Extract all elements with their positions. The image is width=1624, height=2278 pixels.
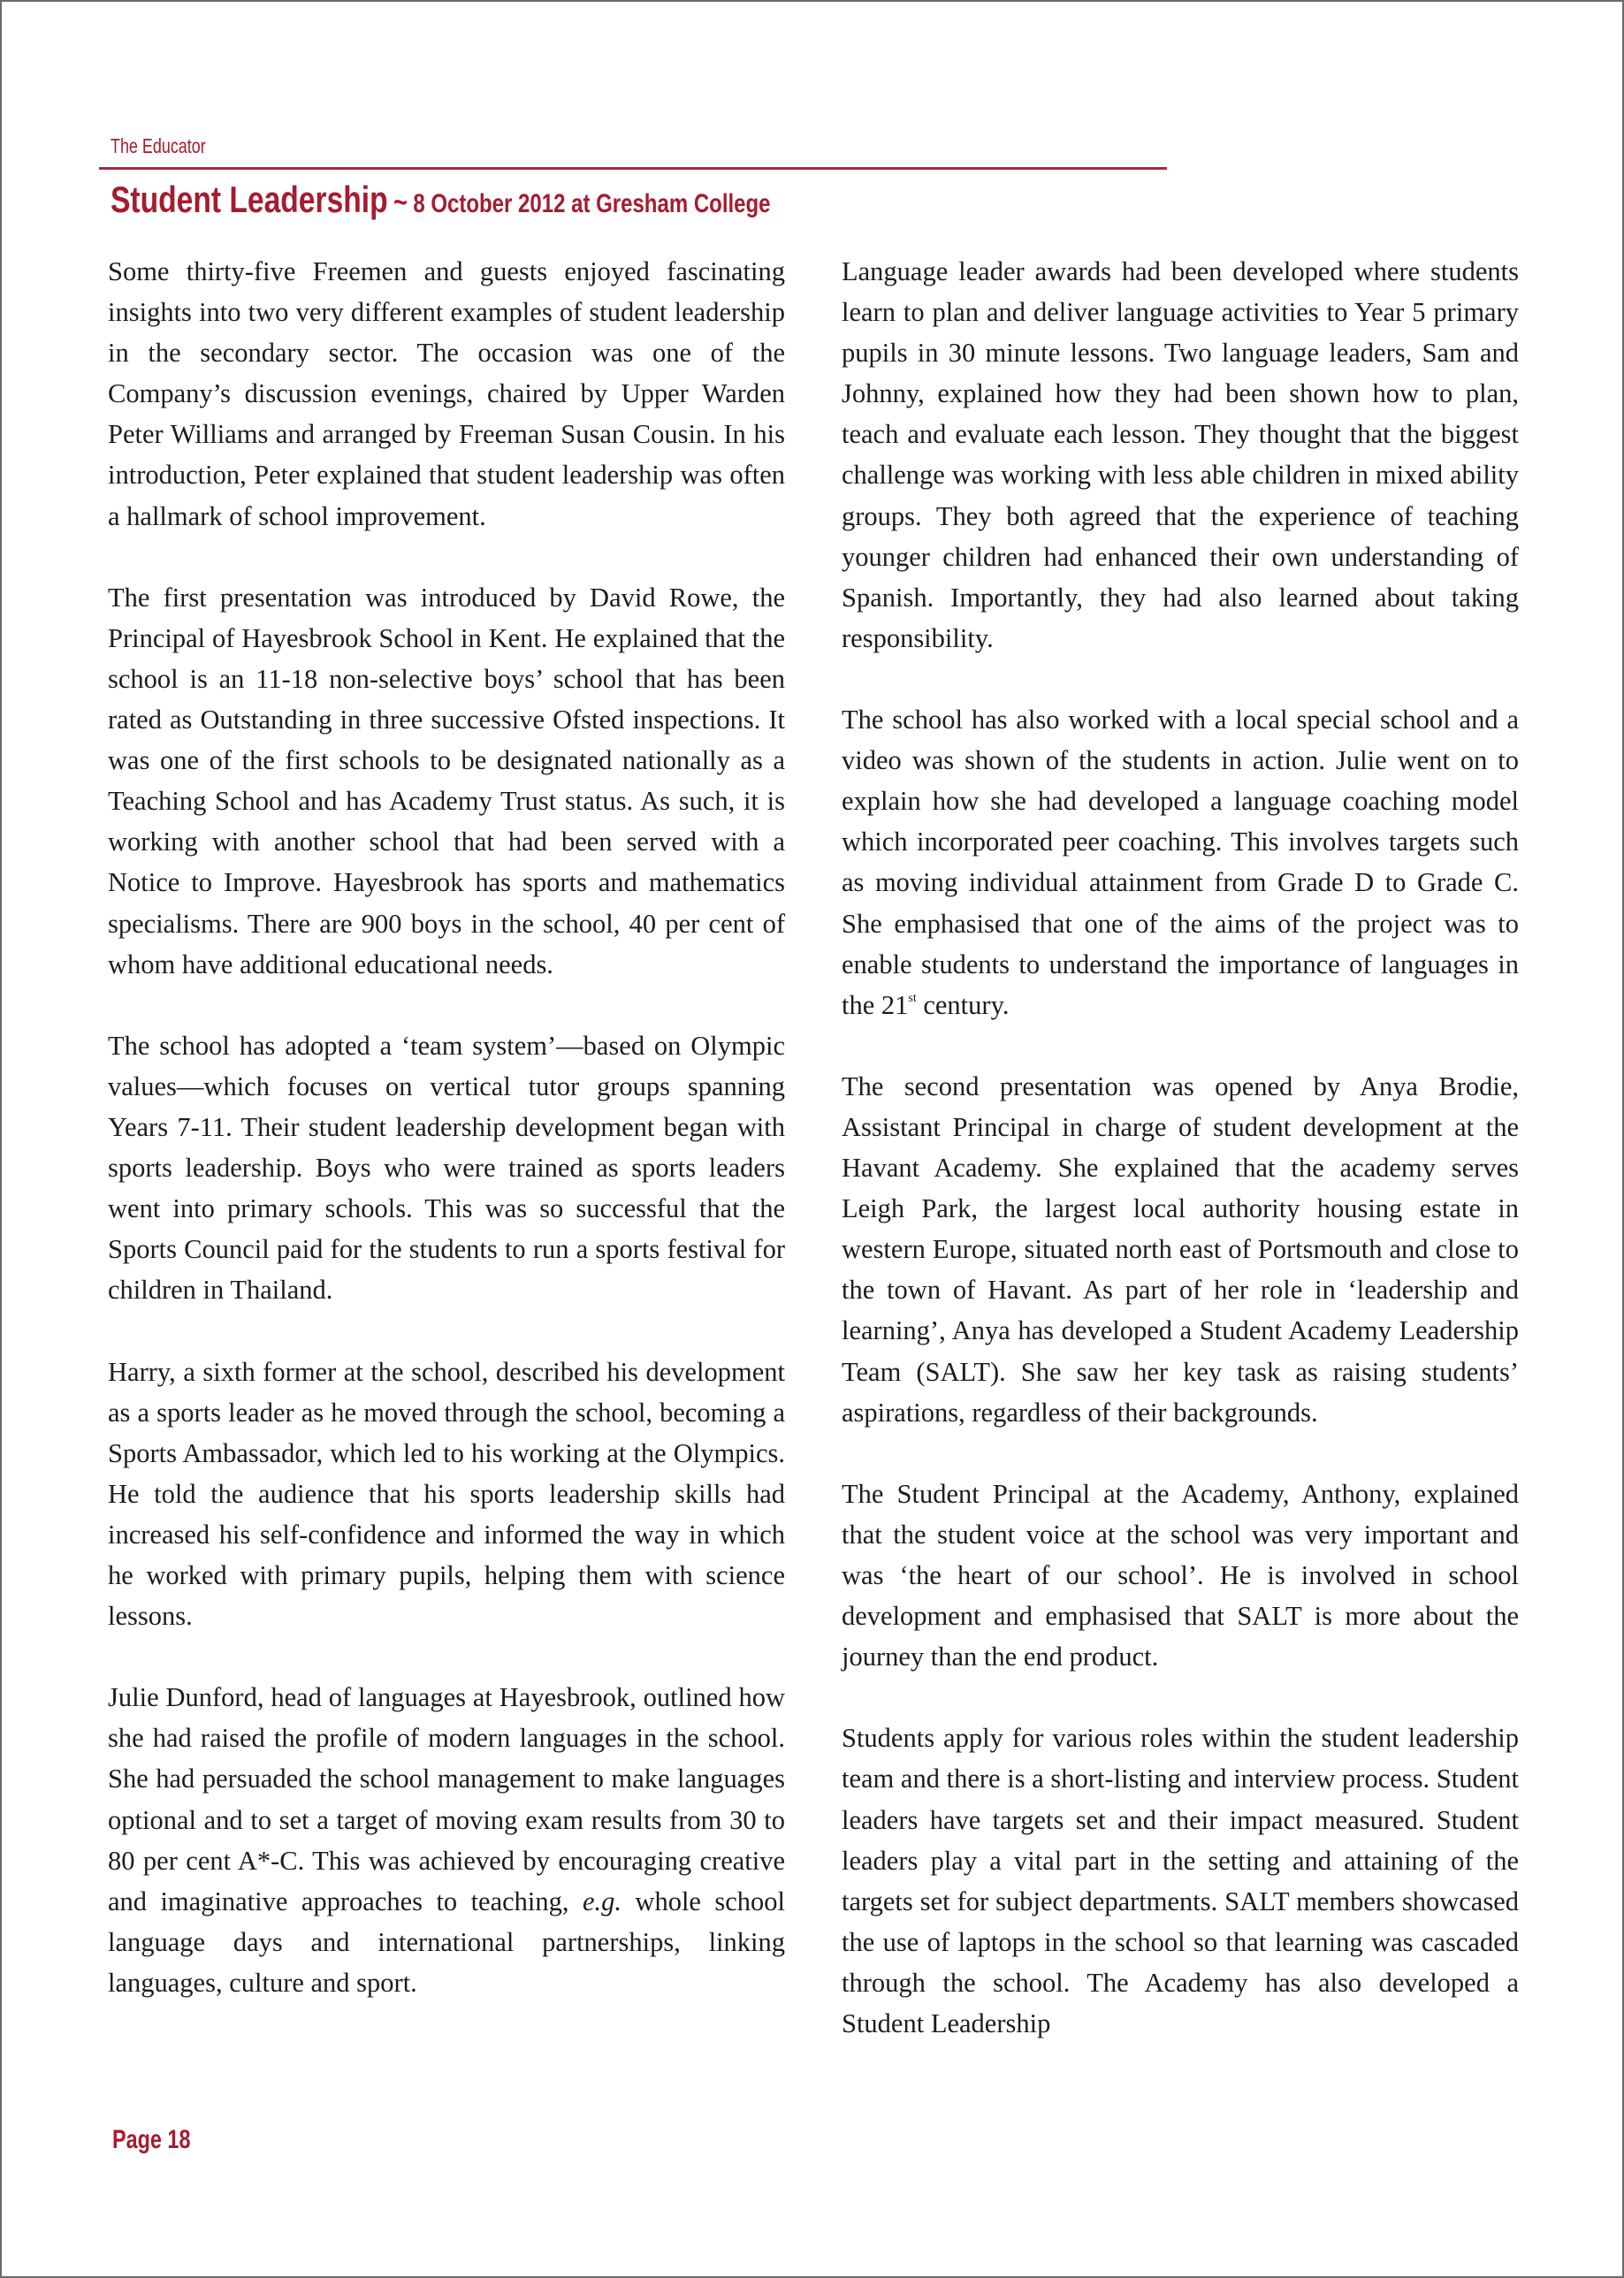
ordinal-superscript: st	[908, 992, 916, 1005]
title-separator: ~	[393, 186, 408, 219]
publication-name: The Educator	[111, 134, 206, 158]
body-paragraph: Language leader awards had been develope…	[842, 251, 1519, 659]
body-paragraph: The first presentation was introduced by…	[108, 577, 785, 985]
italic-abbreviation: e.g.	[583, 1886, 621, 1916]
left-column: Some thirty-five Freemen and guests enjo…	[108, 251, 785, 2003]
article-subtitle: 8 October 2012 at Gresham College	[413, 189, 770, 218]
article-headline: Student Leadership~8 October 2012 at Gre…	[111, 179, 771, 221]
page-number: Page 18	[112, 2125, 190, 2155]
article-title: Student Leadership	[111, 179, 388, 220]
paragraph-text: century.	[917, 990, 1010, 1020]
body-paragraph: The school has also worked with a local …	[842, 699, 1519, 1025]
body-paragraph: The Student Principal at the Academy, An…	[842, 1474, 1519, 1677]
body-paragraph: The school has adopted a ‘team system’—b…	[108, 1025, 785, 1311]
body-paragraph: Some thirty-five Freemen and guests enjo…	[108, 251, 785, 537]
paragraph-text: The school has also worked with a local …	[842, 705, 1519, 1020]
magazine-page: The Educator Student Leadership~8 Octobe…	[0, 0, 1624, 2278]
body-paragraph: Students apply for various roles within …	[842, 1718, 1519, 2044]
header-rule-divider	[99, 167, 1167, 170]
body-paragraph: The second presentation was opened by An…	[842, 1066, 1519, 1433]
paragraph-text: Julie Dunford, head of languages at Haye…	[108, 1682, 785, 1916]
body-paragraph: Harry, a sixth former at the school, des…	[108, 1352, 785, 1637]
body-paragraph: Julie Dunford, head of languages at Haye…	[108, 1677, 785, 2003]
right-column: Language leader awards had been develope…	[842, 251, 1519, 2044]
